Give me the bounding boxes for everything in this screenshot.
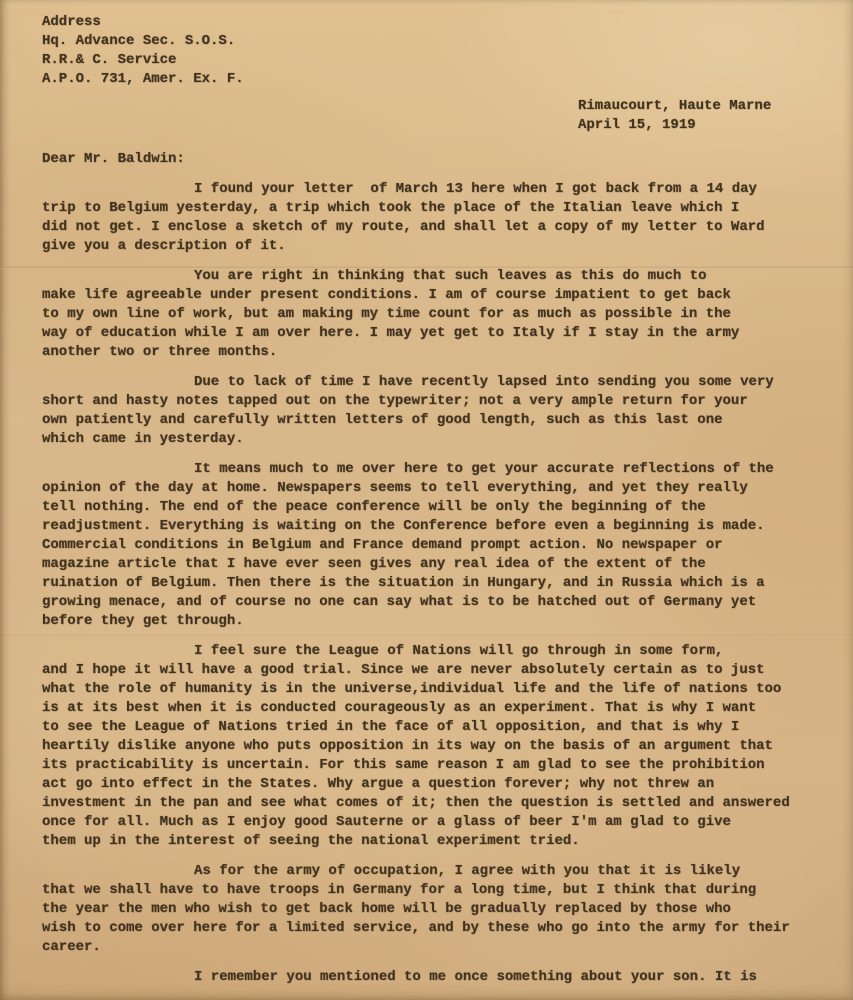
letter-line: way of education while I am over here. I…	[42, 324, 813, 343]
paragraph: I remember you mentioned to me once some…	[42, 968, 813, 987]
letter-line: and I hope it will have a good trial. Si…	[42, 661, 813, 680]
letter-line: opinion of the day at home. Newspapers s…	[42, 479, 813, 498]
letter-line: before they get through.	[42, 612, 813, 631]
letter-body: I found your letter of March 13 here whe…	[42, 180, 813, 987]
dateline-date: April 15, 1919	[578, 116, 813, 135]
letter-line: As for the army of occupation, I agree w…	[42, 862, 813, 881]
dateline-block: Rimaucourt, Haute Marne April 15, 1919	[578, 97, 813, 135]
dateline-place: Rimaucourt, Haute Marne	[578, 97, 813, 116]
letter-line: them up in the interest of seeing the na…	[42, 832, 813, 851]
letter-line: R.R.& C. Service	[42, 51, 813, 70]
address-label: Address	[42, 13, 813, 32]
letter-line: tell nothing. The end of the peace confe…	[42, 498, 813, 517]
letter-line: which came in yesterday.	[42, 430, 813, 449]
letter-line: investment in the pan and see what comes…	[42, 794, 813, 813]
letter-line: is at its best when it is conducted cour…	[42, 699, 813, 718]
letter-line: Hq. Advance Sec. S.O.S.	[42, 32, 813, 51]
letter-line: wish to come over here for a limited ser…	[42, 919, 813, 938]
letter-line: You are right in thinking that such leav…	[42, 267, 813, 286]
paragraph: I found your letter of March 13 here whe…	[42, 180, 813, 256]
letter-line: that we shall have to have troops in Ger…	[42, 881, 813, 900]
paragraph: I feel sure the League of Nations will g…	[42, 642, 813, 851]
letter-line: Commercial conditions in Belgium and Fra…	[42, 536, 813, 555]
sender-address-block: Address Hq. Advance Sec. S.O.S.R.R.& C. …	[42, 13, 813, 89]
letter-line: make life agreeable under present condit…	[42, 286, 813, 305]
letter-line: growing menace, and of course no one can…	[42, 593, 813, 612]
letter-line: once for all. Much as I enjoy good Saute…	[42, 813, 813, 832]
paragraph: Due to lack of time I have recently laps…	[42, 373, 813, 449]
letter-line: I feel sure the League of Nations will g…	[42, 642, 813, 661]
letter-line: Due to lack of time I have recently laps…	[42, 373, 813, 392]
letter-line: the year the men who wish to get back ho…	[42, 900, 813, 919]
letter-line: ruination of Belgium. Then there is the …	[42, 574, 813, 593]
letter-line: I found your letter of March 13 here whe…	[42, 180, 813, 199]
letter-page: Address Hq. Advance Sec. S.O.S.R.R.& C. …	[0, 0, 853, 1000]
letter-line: career.	[42, 938, 813, 957]
salutation: Dear Mr. Baldwin:	[42, 150, 813, 169]
letter-line: trip to Belgium yesterday, a trip which …	[42, 199, 813, 218]
letter-line: its practicability is uncertain. For thi…	[42, 756, 813, 775]
paragraph: You are right in thinking that such leav…	[42, 267, 813, 362]
letter-line: It means much to me over here to get you…	[42, 460, 813, 479]
paragraph: It means much to me over here to get you…	[42, 460, 813, 631]
letter-line: another two or three months.	[42, 343, 813, 362]
paragraph: As for the army of occupation, I agree w…	[42, 862, 813, 957]
letter-line: own patiently and carefully written lett…	[42, 411, 813, 430]
letter-line: act go into effect in the States. Why ar…	[42, 775, 813, 794]
letter-line: to my own line of work, but am making my…	[42, 305, 813, 324]
letter-line: short and hasty notes tapped out on the …	[42, 392, 813, 411]
letter-line: what the role of humanity is in the univ…	[42, 680, 813, 699]
letter-line: magazine article that I have ever seen g…	[42, 555, 813, 574]
letter-line: give you a description of it.	[42, 237, 813, 256]
letter-line: heartily dislike anyone who puts opposit…	[42, 737, 813, 756]
letter-line: did not get. I enclose a sketch of my ro…	[42, 218, 813, 237]
letter-line: I remember you mentioned to me once some…	[42, 968, 813, 987]
address-lines: Hq. Advance Sec. S.O.S.R.R.& C. ServiceA…	[42, 32, 813, 89]
letter-line: readjustment. Everything is waiting on t…	[42, 517, 813, 536]
letter-line: to see the League of Nations tried in th…	[42, 718, 813, 737]
letter-line: A.P.O. 731, Amer. Ex. F.	[42, 70, 813, 89]
